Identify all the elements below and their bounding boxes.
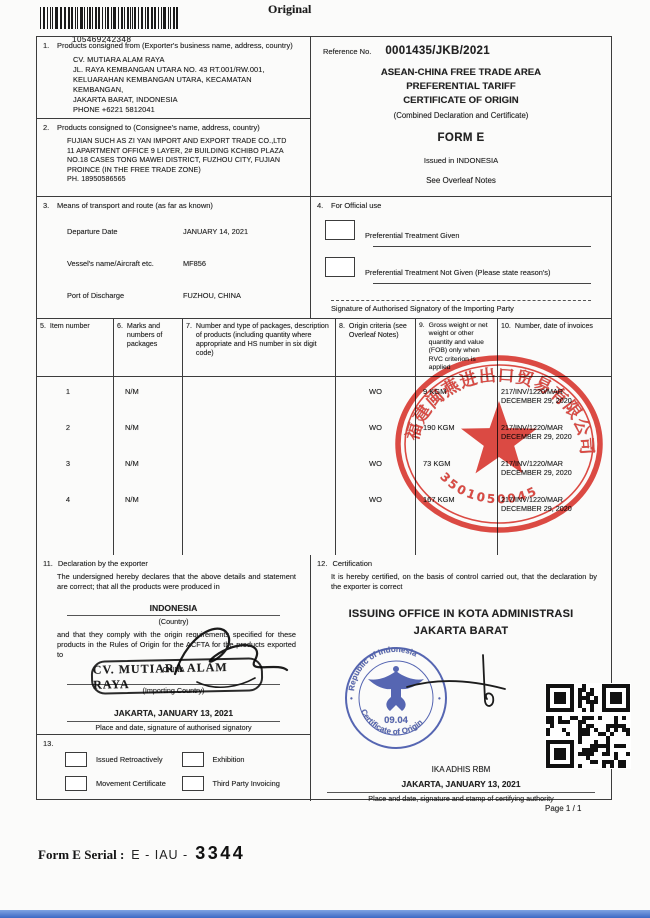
- col10-num: 10.: [501, 322, 511, 331]
- box11-label: Declaration by the exporter: [58, 559, 148, 568]
- weight-column: 9 KGM 190 KGM 73 KGM 167 KGM: [416, 377, 498, 555]
- origin-criteria: WO: [339, 416, 412, 452]
- certificate-sheet: 1.Products consigned from (Exporter's bu…: [36, 36, 612, 800]
- preferential-given-checkbox: [325, 220, 355, 240]
- overleaf-note: See Overleaf Notes: [317, 176, 605, 185]
- box1-number: 1.: [43, 41, 52, 50]
- box4-number: 4.: [317, 201, 326, 210]
- issuing-office-line2: JAKARTA BARAT: [317, 623, 605, 640]
- official-line-2: [373, 283, 591, 284]
- third-party-invoicing-checkbox: [182, 776, 204, 791]
- title-line1: ASEAN-CHINA FREE TRADE AREA: [317, 66, 605, 80]
- origin-criteria: WO: [339, 488, 412, 524]
- invoice-value: 217/INV/1220/MAR DECEMBER 29, 2020: [501, 488, 608, 524]
- col7-num: 7.: [186, 322, 192, 357]
- declaration-para1: The undersigned hereby declares that the…: [57, 572, 296, 592]
- col9-num: 9.: [419, 322, 425, 373]
- box3-label: Means of transport and route (as far as …: [57, 201, 213, 210]
- box2-consignee: 2.Products consigned to (Consignee's nam…: [37, 119, 310, 197]
- box12-certification: 12.Certification It is hereby certified,…: [311, 555, 611, 801]
- origin-criteria: WO: [339, 380, 412, 416]
- col8-num: 8.: [339, 322, 345, 340]
- origin-criteria: WO: [339, 452, 412, 488]
- box2-label: Products consigned to (Consignee's name,…: [57, 123, 260, 132]
- form-e-serial: Form E Serial : E - IAU - 3344: [38, 843, 245, 864]
- importing-country-caption: (Importing Country): [43, 686, 304, 695]
- exhibition-label: Exhibition: [213, 755, 245, 764]
- issued-in: Issued in INDONESIA: [317, 156, 605, 165]
- certifying-place-date: JAKARTA, JANUARY 13, 2021: [317, 779, 605, 789]
- departure-date-value: JANUARY 14, 2021: [183, 227, 248, 236]
- item-number: 4: [40, 488, 110, 524]
- goods-table-body: 1 2 3 4 N/M N/M N/M N/M WO WO WO WO 9 KG…: [37, 377, 611, 555]
- invoice-column: 217/INV/1220/MAR DECEMBER 29, 2020 217/I…: [498, 377, 611, 555]
- exporter-signature-rule: [67, 721, 280, 722]
- box1-label: Products consigned from (Exporter's busi…: [57, 41, 293, 50]
- page-indicator: Page 1 / 1: [545, 804, 581, 813]
- top-right-column: Reference No. 0001435/JKB/2021 ASEAN-CHI…: [311, 37, 611, 318]
- departure-date-label: Departure Date: [67, 227, 183, 236]
- col6-num: 6.: [117, 322, 123, 349]
- exporter-details: CV. MUTIARA ALAM RAYA JL. RAYA KEMBANGAN…: [73, 55, 304, 115]
- weight-value: 9 KGM: [419, 380, 494, 416]
- col9-label: Gross weight or net weight or other quan…: [429, 322, 494, 373]
- title-box: Reference No. 0001435/JKB/2021 ASEAN-CHI…: [311, 37, 611, 197]
- vessel-label: Vessel's name/Aircraft etc.: [67, 259, 183, 268]
- title-line2: PREFERENTIAL TARIFF: [317, 80, 605, 94]
- produced-country: INDONESIA: [43, 603, 304, 613]
- bottom-left-column: 11.Declaration by the exporter The under…: [37, 555, 311, 801]
- box13-number: 13.: [43, 739, 53, 748]
- vessel-value: MF856: [183, 259, 206, 268]
- box13-checkboxes: 13. Issued Retroactively Exhibition Move…: [37, 735, 310, 799]
- box4-official-use: 4.For Official use Preferential Treatmen…: [311, 197, 611, 317]
- description-column: [183, 377, 336, 555]
- importer-signature-line: [331, 300, 591, 301]
- box1-exporter: 1.Products consigned from (Exporter's bu…: [37, 37, 310, 119]
- importing-country: CHINA: [43, 667, 304, 674]
- form-e-label: FORM E: [317, 132, 605, 144]
- barcode-bars: [40, 7, 182, 29]
- col5-label: Item number: [50, 322, 90, 331]
- description-value: [186, 488, 332, 524]
- serial-prefix: E - IAU -: [131, 848, 188, 862]
- official-line-1: [373, 246, 591, 247]
- preferential-not-given-checkbox: [325, 257, 355, 277]
- preferential-given-label: Preferential Treatment Given: [365, 231, 459, 240]
- issued-retroactively-label: Issued Retroactively: [96, 755, 163, 764]
- description-value: [186, 380, 332, 416]
- box2-number: 2.: [43, 123, 52, 132]
- top-section: 1.Products consigned from (Exporter's bu…: [37, 37, 611, 319]
- importer-signature-caption: Signature of Authorised Signatory of the…: [331, 304, 605, 313]
- box4-label: For Official use: [331, 201, 381, 210]
- movement-certificate-label: Movement Certificate: [96, 779, 166, 788]
- bottom-section: 11.Declaration by the exporter The under…: [37, 555, 611, 801]
- declaration-para2: and that they comply with the origin req…: [57, 630, 296, 660]
- discharge-port-value: FUZHOU, CHINA: [183, 291, 241, 300]
- item-number: 3: [40, 452, 110, 488]
- issued-retroactively-checkbox: [65, 752, 87, 767]
- box3-transport: 3.Means of transport and route (as far a…: [37, 197, 310, 317]
- country-caption: (Country): [43, 617, 304, 626]
- col6-label: Marks and numbers of packages: [127, 322, 179, 349]
- marks-value: N/M: [117, 416, 179, 452]
- bottom-right-column: 12.Certification It is hereby certified,…: [311, 555, 611, 801]
- certifying-signature-rule: [327, 792, 595, 793]
- box12-label: Certification: [332, 559, 372, 568]
- box11-number: 11.: [43, 559, 53, 568]
- marks-value: N/M: [117, 488, 179, 524]
- third-party-invoicing-label: Third Party Invoicing: [213, 779, 280, 788]
- invoice-value: 217/INV/1220/MAR DECEMBER 29, 2020: [501, 416, 608, 452]
- box3-number: 3.: [43, 201, 52, 210]
- issuing-office-line1: ISSUING OFFICE IN KOTA ADMINISTRASI: [317, 606, 605, 623]
- marks-value: N/M: [117, 380, 179, 416]
- box11-declaration: 11.Declaration by the exporter The under…: [37, 555, 310, 735]
- goods-table-header: 5.Item number 6.Marks and numbers of pac…: [37, 319, 611, 377]
- title-line3: CERTIFICATE OF ORIGIN: [317, 94, 605, 108]
- serial-label: Form E Serial :: [38, 847, 124, 863]
- preferential-not-given-label: Preferential Treatment Not Given (Please…: [365, 268, 550, 277]
- invoice-value: 217/INV/1220/MAR DECEMBER 29, 2020: [501, 452, 608, 488]
- description-value: [186, 416, 332, 452]
- movement-certificate-checkbox: [65, 776, 87, 791]
- certifying-signer-name: IKA ADHIS RBM: [317, 765, 605, 774]
- item-number-column: 1 2 3 4: [37, 377, 114, 555]
- serial-number: 3344: [195, 843, 245, 864]
- certification-para: It is hereby certified, on the basis of …: [331, 572, 597, 592]
- description-value: [186, 452, 332, 488]
- reference-label: Reference No.: [323, 47, 371, 56]
- col5-num: 5.: [40, 322, 46, 331]
- box12-number: 12.: [317, 559, 327, 568]
- importing-country-rule: [67, 684, 280, 685]
- weight-value: 73 KGM: [419, 452, 494, 488]
- top-left-column: 1.Products consigned from (Exporter's bu…: [37, 37, 311, 318]
- origin-criteria-column: WO WO WO WO: [336, 377, 416, 555]
- invoice-value: 217/INV/1220/MAR DECEMBER 29, 2020: [501, 380, 608, 416]
- discharge-port-label: Port of Discharge: [67, 291, 183, 300]
- weight-value: 167 KGM: [419, 488, 494, 524]
- col7-label: Number and type of packages, description…: [196, 322, 332, 357]
- exporter-signature-caption: Place and date, signature of authorised …: [43, 723, 304, 732]
- marks-column: N/M N/M N/M N/M: [114, 377, 183, 555]
- scan-bottom-bar: [0, 910, 650, 918]
- item-number: 2: [40, 416, 110, 452]
- original-label: Original: [268, 2, 311, 17]
- consignee-details: FUJIAN SUCH AS ZI YAN IMPORT AND EXPORT …: [67, 137, 304, 185]
- exporter-place-date: JAKARTA, JANUARY 13, 2021: [43, 708, 304, 718]
- certifying-signature-caption: Place and date, signature and stamp of c…: [317, 794, 605, 803]
- col10-label: Number, date of invoices: [515, 322, 593, 331]
- weight-value: 190 KGM: [419, 416, 494, 452]
- title-subtitle: (Combined Declaration and Certificate): [317, 111, 605, 120]
- col8-label: Origin criteria (see Overleaf Notes): [349, 322, 412, 340]
- marks-value: N/M: [117, 452, 179, 488]
- country-rule: [67, 615, 280, 616]
- exhibition-checkbox: [182, 752, 204, 767]
- item-number: 1: [40, 380, 110, 416]
- reference-value: 0001435/JKB/2021: [385, 45, 490, 57]
